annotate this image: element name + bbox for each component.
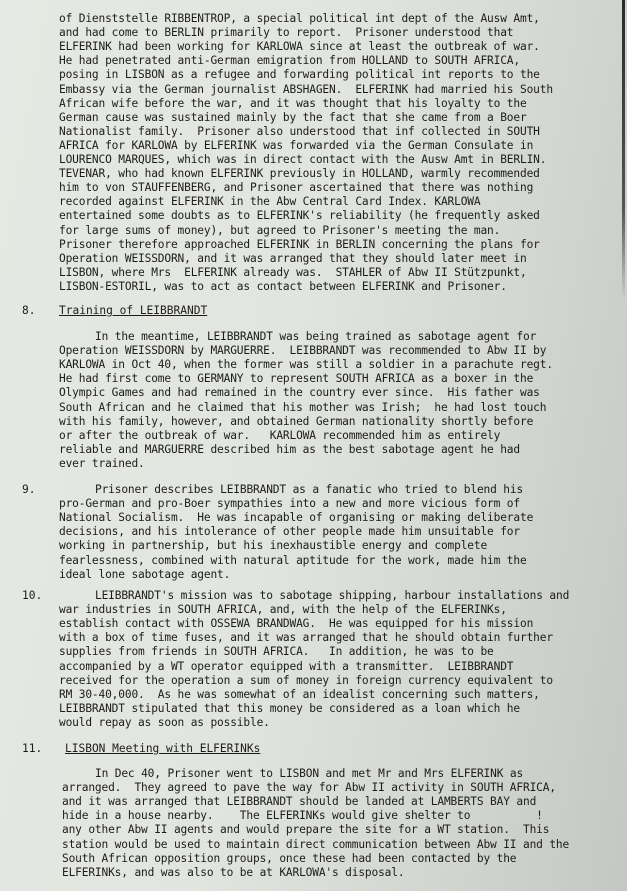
text-line: Prisoner describes LEIBBRANDT as a fanat… xyxy=(95,483,523,497)
text-line: LISBON, where Mrs ELFERINK already was. … xyxy=(59,266,527,280)
text-line: LISBON-ESTORIL, was to act as contact be… xyxy=(59,280,507,294)
text-line: He had first come to GERMANY to represen… xyxy=(59,372,533,386)
text-line: pro-German and pro-Boer sympathies into … xyxy=(59,497,520,511)
text-line: South African and he claimed that his mo… xyxy=(59,401,546,415)
text-line: TEVENAR, who had known ELFERINK previous… xyxy=(59,167,540,181)
text-line: or after the outbreak of war. KARLOWA re… xyxy=(59,429,500,443)
text-line: station would be used to maintain direct… xyxy=(62,838,569,852)
section-11-number: 11. xyxy=(22,742,42,756)
text-line: In Dec 40, Prisoner went to LISBON and m… xyxy=(95,767,523,781)
text-line: with his family, however, and obtained G… xyxy=(59,415,533,429)
text-line: supplies from friends in SOUTH AFRICA. I… xyxy=(59,645,494,659)
text-line: him to von STAUFFENBERG, and Prisoner as… xyxy=(59,181,533,195)
text-line: AFRICA for KARLOWA by ELFERINK was forwa… xyxy=(59,139,533,153)
text-line: working in partnership, but his inexhaus… xyxy=(59,539,487,553)
section-11-heading: LISBON Meeting with ELFERINKs xyxy=(65,742,260,756)
text-line: posing in LISBON as a refugee and forwar… xyxy=(59,68,540,82)
text-line: ELFERINK had been working for KARLOWA si… xyxy=(59,40,540,54)
text-line: any other Abw II agents and would prepar… xyxy=(62,823,549,837)
text-line: arranged. They agreed to pave the way fo… xyxy=(62,781,556,795)
text-line: Operation WEISSDORN, and it was arranged… xyxy=(59,252,527,266)
text-line: Prisoner therefore approached ELFERINK i… xyxy=(59,238,540,252)
text-line: and it was arranged that LEIBBRANDT shou… xyxy=(62,795,536,809)
text-line: hide in a house nearby. The ELFERINKs wo… xyxy=(62,809,543,823)
text-line: fearlessness, combined with natural apti… xyxy=(59,554,527,568)
text-line: KARLOWA in Oct 40, when the former was s… xyxy=(59,358,553,372)
text-line: recorded against ELFERINK in the Abw Cen… xyxy=(59,195,480,209)
text-line: entertained some doubts as to ELFERINK's… xyxy=(59,209,540,223)
section-8-number: 8. xyxy=(22,304,35,318)
text-line: with a box of time fuses, and it was arr… xyxy=(59,631,553,645)
text-line: for large sums of money), but agreed to … xyxy=(59,224,500,238)
text-line: ideal lone sabotage agent. xyxy=(59,568,230,582)
text-line: In the meantime, LEIBBRANDT was being tr… xyxy=(95,330,536,344)
text-line: Nationalist family. Prisoner also unders… xyxy=(59,125,540,139)
text-line: LEIBBRANDT's mission was to sabotage shi… xyxy=(95,589,569,603)
text-line: National Socialism. He was incapable of … xyxy=(59,511,533,525)
section-9-number: 9. xyxy=(22,483,35,497)
text-line: LOURENCO MARQUES, which was in direct co… xyxy=(59,153,546,167)
text-line: accompanied by a WT operator equipped wi… xyxy=(59,660,513,674)
text-line: Operation WEISSDORN by MARGUERRE. LEIBBR… xyxy=(59,344,546,358)
text-line: establish contact with OSSEWA BRANDWAG. … xyxy=(59,617,533,631)
text-line: decisions, and his intolerance of other … xyxy=(59,525,520,539)
page-edge-shadow xyxy=(622,0,625,300)
text-line: war industries in SOUTH AFRICA, and, wit… xyxy=(59,603,507,617)
text-line: Olympic Games and had remained in the co… xyxy=(59,386,540,400)
text-line: African wife before the war, and it was … xyxy=(59,97,527,111)
text-line: would repay as soon as possible. xyxy=(59,716,270,730)
section-10-number: 10. xyxy=(22,589,42,603)
section-8-heading: Training of LEIBBRANDT xyxy=(59,304,207,318)
text-line: reliable and MARGUERRE described him as … xyxy=(59,443,520,457)
text-line: and had come to BERLIN primarily to repo… xyxy=(59,26,513,40)
text-line: LEIBBRANDT stipulated that this money be… xyxy=(59,702,520,716)
text-line: RM 30-40,000. As he was somewhat of an i… xyxy=(59,688,540,702)
document-page: of Dienststelle RIBBENTROP, a special po… xyxy=(0,0,627,891)
text-line: ELFERINKs, and was also to be at KARLOWA… xyxy=(62,866,404,880)
text-line: of Dienststelle RIBBENTROP, a special po… xyxy=(59,12,540,26)
text-line: received for the operation a sum of mone… xyxy=(59,674,553,688)
text-line: South African opposition groups, once th… xyxy=(62,852,516,866)
text-line: German cause was sustained mainly by the… xyxy=(59,111,527,125)
text-line: Embassy via the German journalist ABSHAG… xyxy=(59,83,553,97)
text-line: ever trained. xyxy=(59,457,145,471)
text-line: He had penetrated anti-German emigration… xyxy=(59,54,520,68)
